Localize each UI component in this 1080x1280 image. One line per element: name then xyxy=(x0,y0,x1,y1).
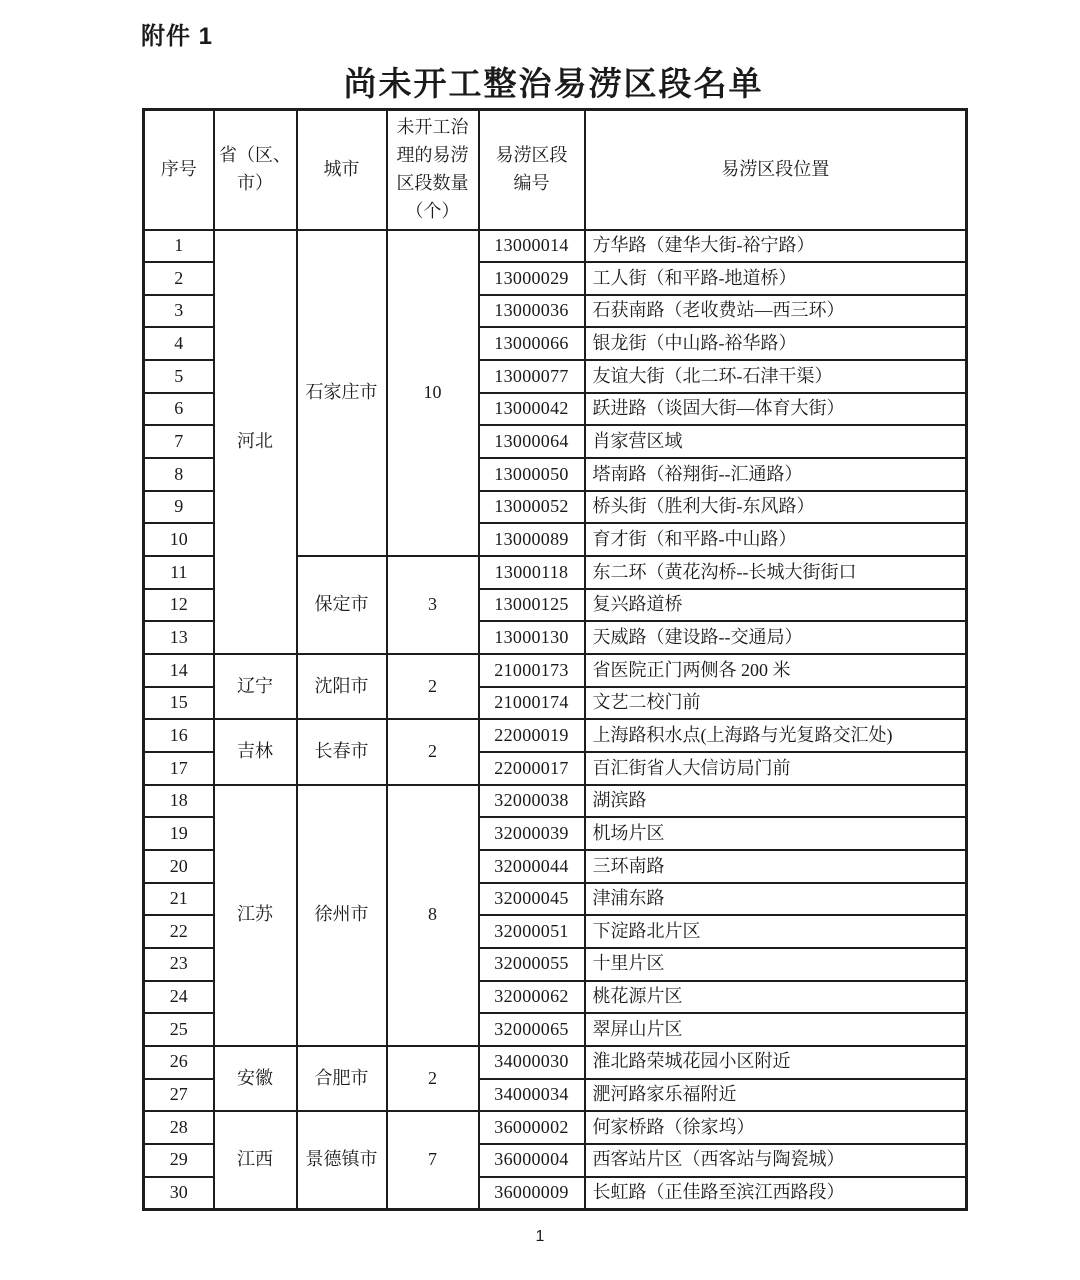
row-seq-cell: 26 xyxy=(144,1046,214,1079)
row-seq-cell: 2 xyxy=(144,262,214,295)
row-code-cell: 32000038 xyxy=(479,785,585,818)
table-row: 1河北石家庄市1013000014方华路（建华大街-裕宁路） xyxy=(144,230,967,263)
header-code: 易涝区段 编号 xyxy=(479,110,585,230)
row-count-cell: 2 xyxy=(387,719,479,784)
row-location-cell: 上海路积水点(上海路与光复路交汇处) xyxy=(585,719,967,752)
row-code-cell: 32000051 xyxy=(479,915,585,948)
row-code-cell: 13000014 xyxy=(479,230,585,263)
row-count-cell: 10 xyxy=(387,230,479,557)
row-seq-cell: 11 xyxy=(144,556,214,589)
row-code-cell: 22000017 xyxy=(479,752,585,785)
row-code-cell: 13000125 xyxy=(479,589,585,622)
row-location-cell: 塔南路（裕翔街--汇通路） xyxy=(585,458,967,491)
row-location-cell: 淝河路家乐福附近 xyxy=(585,1079,967,1112)
row-code-cell: 21000173 xyxy=(479,654,585,687)
row-location-cell: 石获南路（老收费站—西三环） xyxy=(585,295,967,328)
header-seq: 序号 xyxy=(144,110,214,230)
row-location-cell: 湖滨路 xyxy=(585,785,967,818)
row-code-cell: 32000039 xyxy=(479,817,585,850)
row-province-cell: 江苏 xyxy=(214,785,297,1046)
row-location-cell: 方华路（建华大街-裕宁路） xyxy=(585,230,967,263)
row-seq-cell: 6 xyxy=(144,393,214,426)
row-code-cell: 22000019 xyxy=(479,719,585,752)
row-seq-cell: 25 xyxy=(144,1013,214,1046)
row-province-cell: 辽宁 xyxy=(214,654,297,719)
row-seq-cell: 24 xyxy=(144,981,214,1014)
row-location-cell: 十里片区 xyxy=(585,948,967,981)
row-code-cell: 34000030 xyxy=(479,1046,585,1079)
row-location-cell: 三环南路 xyxy=(585,850,967,883)
row-code-cell: 21000174 xyxy=(479,687,585,720)
row-city-cell: 合肥市 xyxy=(297,1046,387,1111)
table-row: 16吉林长春市222000019上海路积水点(上海路与光复路交汇处) xyxy=(144,719,967,752)
row-code-cell: 36000004 xyxy=(479,1144,585,1177)
row-seq-cell: 16 xyxy=(144,719,214,752)
row-city-cell: 长春市 xyxy=(297,719,387,784)
row-code-cell: 32000065 xyxy=(479,1013,585,1046)
row-seq-cell: 14 xyxy=(144,654,214,687)
row-location-cell: 桥头街（胜利大街-东风路） xyxy=(585,491,967,524)
table-row: 14辽宁沈阳市221000173省医院正门两侧各 200 米 xyxy=(144,654,967,687)
row-location-cell: 银龙街（中山路-裕华路） xyxy=(585,327,967,360)
row-location-cell: 友谊大街（北二环-石津干渠） xyxy=(585,360,967,393)
row-code-cell: 34000034 xyxy=(479,1079,585,1112)
row-seq-cell: 27 xyxy=(144,1079,214,1112)
row-province-cell: 江西 xyxy=(214,1111,297,1209)
row-location-cell: 翠屏山片区 xyxy=(585,1013,967,1046)
header-location: 易涝区段位置 xyxy=(585,110,967,230)
row-seq-cell: 8 xyxy=(144,458,214,491)
flood-sections-table: 序号 省（区、 市） 城市 未开工治 理的易涝 区段数量 （个） 易涝区段 编号… xyxy=(142,108,968,1211)
header-row: 序号 省（区、 市） 城市 未开工治 理的易涝 区段数量 （个） 易涝区段 编号… xyxy=(144,110,967,230)
row-location-cell: 工人街（和平路-地道桥） xyxy=(585,262,967,295)
row-seq-cell: 18 xyxy=(144,785,214,818)
row-seq-cell: 13 xyxy=(144,621,214,654)
row-city-cell: 沈阳市 xyxy=(297,654,387,719)
row-code-cell: 32000062 xyxy=(479,981,585,1014)
row-city-cell: 石家庄市 xyxy=(297,230,387,557)
row-count-cell: 3 xyxy=(387,556,479,654)
row-seq-cell: 7 xyxy=(144,425,214,458)
row-seq-cell: 17 xyxy=(144,752,214,785)
attachment-label: 附件 1 xyxy=(141,16,213,51)
row-count-cell: 2 xyxy=(387,1046,479,1111)
row-seq-cell: 20 xyxy=(144,850,214,883)
row-code-cell: 13000050 xyxy=(479,458,585,491)
row-location-cell: 跃进路（谈固大街—体育大街） xyxy=(585,393,967,426)
row-code-cell: 13000042 xyxy=(479,393,585,426)
row-location-cell: 长虹路（正佳路至滨江西路段） xyxy=(585,1177,967,1210)
page-number: 1 xyxy=(0,1228,1080,1246)
row-province-cell: 安徽 xyxy=(214,1046,297,1111)
row-seq-cell: 1 xyxy=(144,230,214,263)
table-body: 1河北石家庄市1013000014方华路（建华大街-裕宁路）213000029工… xyxy=(144,230,967,1210)
row-code-cell: 13000036 xyxy=(479,295,585,328)
row-code-cell: 13000118 xyxy=(479,556,585,589)
row-code-cell: 13000066 xyxy=(479,327,585,360)
row-seq-cell: 5 xyxy=(144,360,214,393)
row-city-cell: 保定市 xyxy=(297,556,387,654)
row-location-cell: 淮北路荣城花园小区附近 xyxy=(585,1046,967,1079)
row-city-cell: 徐州市 xyxy=(297,785,387,1046)
row-location-cell: 西客站片区（西客站与陶瓷城） xyxy=(585,1144,967,1177)
row-location-cell: 文艺二校门前 xyxy=(585,687,967,720)
row-code-cell: 13000064 xyxy=(479,425,585,458)
row-seq-cell: 28 xyxy=(144,1111,214,1144)
row-seq-cell: 3 xyxy=(144,295,214,328)
table-row: 18江苏徐州市832000038湖滨路 xyxy=(144,785,967,818)
row-province-cell: 河北 xyxy=(214,230,297,655)
row-code-cell: 36000009 xyxy=(479,1177,585,1210)
header-city: 城市 xyxy=(297,110,387,230)
row-code-cell: 13000052 xyxy=(479,491,585,524)
row-count-cell: 2 xyxy=(387,654,479,719)
row-count-cell: 7 xyxy=(387,1111,479,1209)
row-province-cell: 吉林 xyxy=(214,719,297,784)
table-row: 26安徽合肥市234000030淮北路荣城花园小区附近 xyxy=(144,1046,967,1079)
row-location-cell: 肖家营区域 xyxy=(585,425,967,458)
row-location-cell: 百汇街省人大信访局门前 xyxy=(585,752,967,785)
header-province: 省（区、 市） xyxy=(214,110,297,230)
row-seq-cell: 10 xyxy=(144,523,214,556)
row-code-cell: 32000045 xyxy=(479,883,585,916)
row-seq-cell: 30 xyxy=(144,1177,214,1210)
row-code-cell: 32000044 xyxy=(479,850,585,883)
table-header: 序号 省（区、 市） 城市 未开工治 理的易涝 区段数量 （个） 易涝区段 编号… xyxy=(144,110,967,230)
row-location-cell: 省医院正门两侧各 200 米 xyxy=(585,654,967,687)
row-location-cell: 东二环（黄花沟桥--长城大街街口 xyxy=(585,556,967,589)
row-code-cell: 13000077 xyxy=(479,360,585,393)
header-count: 未开工治 理的易涝 区段数量 （个） xyxy=(387,110,479,230)
row-count-cell: 8 xyxy=(387,785,479,1046)
row-location-cell: 天威路（建设路--交通局） xyxy=(585,621,967,654)
row-code-cell: 13000089 xyxy=(479,523,585,556)
row-location-cell: 何家桥路（徐家坞） xyxy=(585,1111,967,1144)
row-seq-cell: 29 xyxy=(144,1144,214,1177)
table-row: 28江西景德镇市736000002何家桥路（徐家坞） xyxy=(144,1111,967,1144)
row-location-cell: 桃花源片区 xyxy=(585,981,967,1014)
row-city-cell: 景德镇市 xyxy=(297,1111,387,1209)
row-seq-cell: 9 xyxy=(144,491,214,524)
row-seq-cell: 22 xyxy=(144,915,214,948)
row-seq-cell: 23 xyxy=(144,948,214,981)
row-seq-cell: 4 xyxy=(144,327,214,360)
row-location-cell: 下淀路北片区 xyxy=(585,915,967,948)
row-code-cell: 32000055 xyxy=(479,948,585,981)
row-code-cell: 13000130 xyxy=(479,621,585,654)
row-location-cell: 育才街（和平路-中山路） xyxy=(585,523,967,556)
row-location-cell: 机场片区 xyxy=(585,817,967,850)
row-seq-cell: 15 xyxy=(144,687,214,720)
row-seq-cell: 19 xyxy=(144,817,214,850)
row-seq-cell: 21 xyxy=(144,883,214,916)
row-location-cell: 复兴路道桥 xyxy=(585,589,967,622)
row-code-cell: 13000029 xyxy=(479,262,585,295)
page-title: 尚未开工整治易涝区段名单 xyxy=(142,58,965,105)
row-seq-cell: 12 xyxy=(144,589,214,622)
row-location-cell: 津浦东路 xyxy=(585,883,967,916)
row-code-cell: 36000002 xyxy=(479,1111,585,1144)
